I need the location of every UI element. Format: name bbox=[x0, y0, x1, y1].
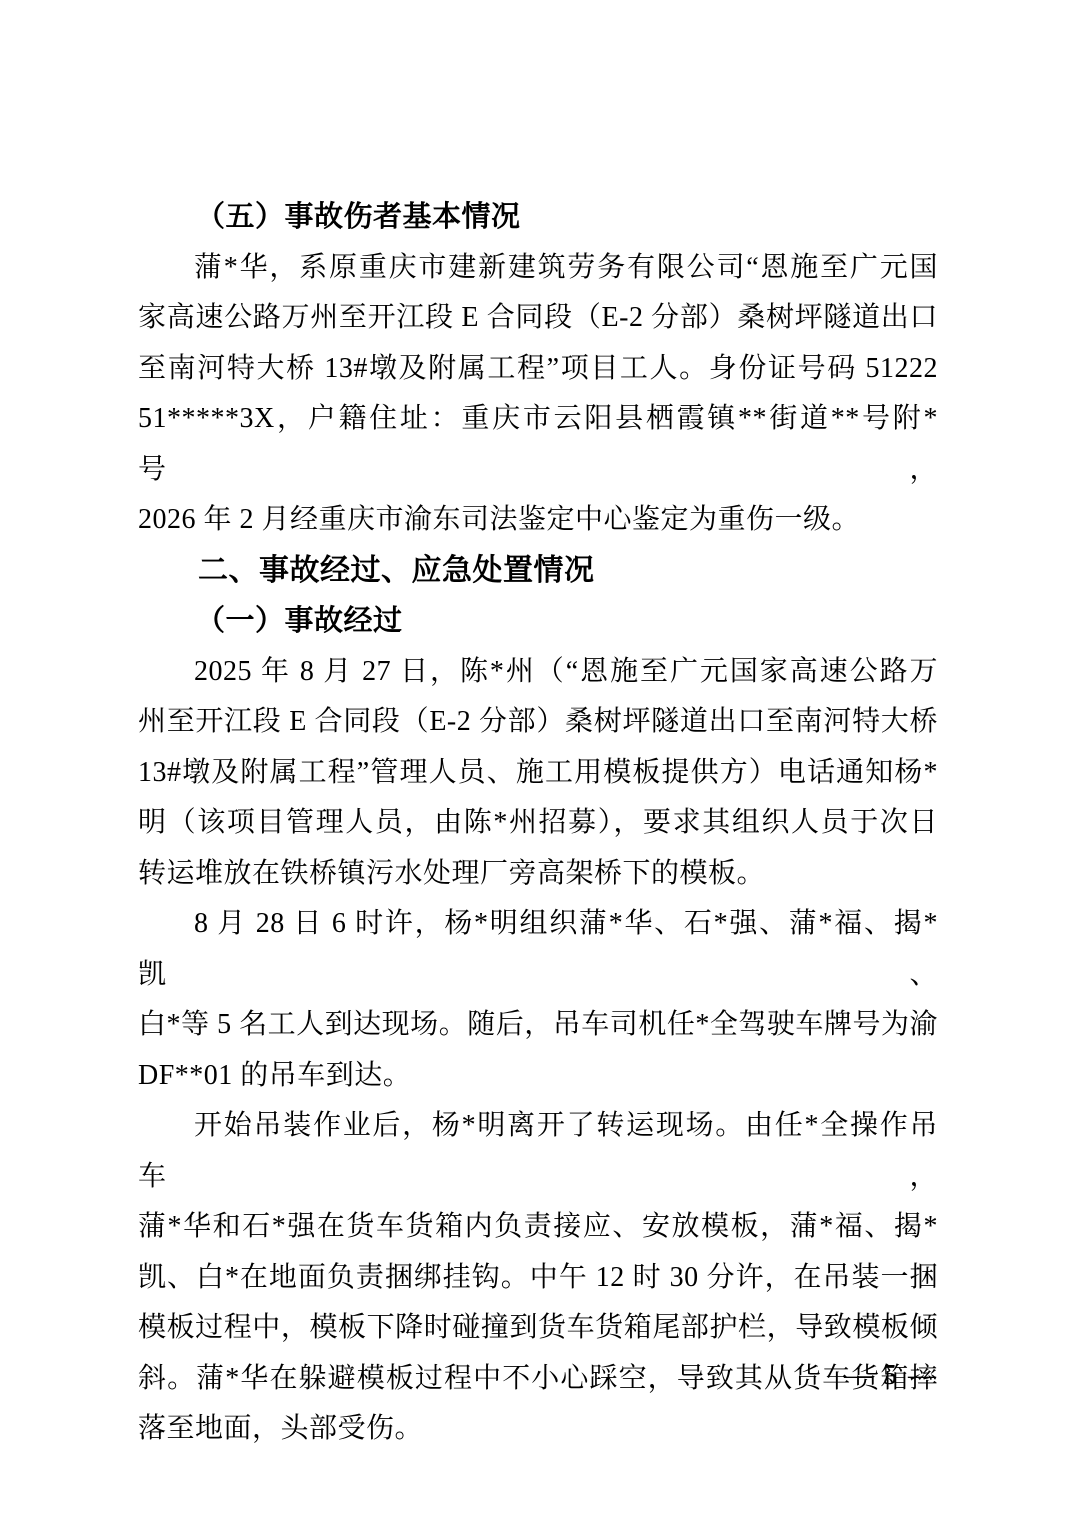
text-line: 8 月 28 日 6 时许，杨*明组织蒲*华、石*强、蒲*福、揭*凯、 bbox=[138, 899, 938, 1000]
text-line: 凯、白*在地面负责捆绑挂钩。中午 12 时 30 分许，在吊装一捆 bbox=[138, 1253, 938, 1304]
text-line: 模板过程中，模板下降时碰撞到货车货箱尾部护栏，导致模板倾 bbox=[138, 1303, 938, 1354]
document-content: （五）事故伤者基本情况 蒲*华，系原重庆市建新建筑劳务有限公司“恩施至广元国 家… bbox=[138, 192, 938, 1455]
text-line: 13#墩及附属工程”管理人员、施工用模板提供方）电话通知杨* bbox=[138, 748, 938, 799]
text-line: 斜。蒲*华在躲避模板过程中不小心踩空，导致其从货车货箱摔 bbox=[138, 1354, 938, 1405]
section-heading-accident-course: 二、事故经过、应急处置情况 bbox=[138, 546, 938, 597]
text-line: 蒲*华和石*强在货车货箱内负责接应、安放模板，蒲*福、揭* bbox=[138, 1202, 938, 1253]
text-line: 开始吊装作业后，杨*明离开了转运现场。由任*全操作吊车， bbox=[138, 1101, 938, 1202]
paragraph-victim-info: 蒲*华，系原重庆市建新建筑劳务有限公司“恩施至广元国 家高速公路万州至开江段 E… bbox=[138, 243, 938, 546]
document-page: （五）事故伤者基本情况 蒲*华，系原重庆市建新建筑劳务有限公司“恩施至广元国 家… bbox=[0, 0, 1074, 1520]
text-line: DF**01 的吊车到达。 bbox=[138, 1051, 938, 1102]
text-line: 2026 年 2 月经重庆市渝东司法鉴定中心鉴定为重伤一级。 bbox=[138, 495, 938, 546]
text-line: 至南河特大桥 13#墩及附属工程”项目工人。身份证号码 51222 bbox=[138, 344, 938, 395]
paragraph-accident-occurrence: 开始吊装作业后，杨*明离开了转运现场。由任*全操作吊车， 蒲*华和石*强在货车货… bbox=[138, 1101, 938, 1455]
text-line: 家高速公路万州至开江段 E 合同段（E-2 分部）桑树坪隧道出口 bbox=[138, 293, 938, 344]
section-heading-injured-basic-info: （五）事故伤者基本情况 bbox=[138, 192, 938, 243]
page-number: — 5 — bbox=[844, 1360, 938, 1392]
text-line: 2025 年 8 月 27 日，陈*州（“恩施至广元国家高速公路万 bbox=[138, 647, 938, 698]
text-line: 51*****3X，户籍住址：重庆市云阳县栖霞镇**街道**号附*号， bbox=[138, 394, 938, 495]
text-line: 蒲*华，系原重庆市建新建筑劳务有限公司“恩施至广元国 bbox=[138, 243, 938, 294]
text-line: 州至开江段 E 合同段（E-2 分部）桑树坪隧道出口至南河特大桥 bbox=[138, 697, 938, 748]
paragraph-workers-arrival: 8 月 28 日 6 时许，杨*明组织蒲*华、石*强、蒲*福、揭*凯、 白*等 … bbox=[138, 899, 938, 1101]
text-line: 白*等 5 名工人到达现场。随后，吊车司机任*全驾驶车牌号为渝 bbox=[138, 1000, 938, 1051]
text-line: 落至地面，头部受伤。 bbox=[138, 1404, 938, 1455]
paragraph-accident-notification: 2025 年 8 月 27 日，陈*州（“恩施至广元国家高速公路万 州至开江段 … bbox=[138, 647, 938, 900]
subsection-heading-accident-course: （一）事故经过 bbox=[138, 596, 938, 647]
text-line: 转运堆放在铁桥镇污水处理厂旁高架桥下的模板。 bbox=[138, 849, 938, 900]
text-line: 明（该项目管理人员，由陈*州招募），要求其组织人员于次日 bbox=[138, 798, 938, 849]
